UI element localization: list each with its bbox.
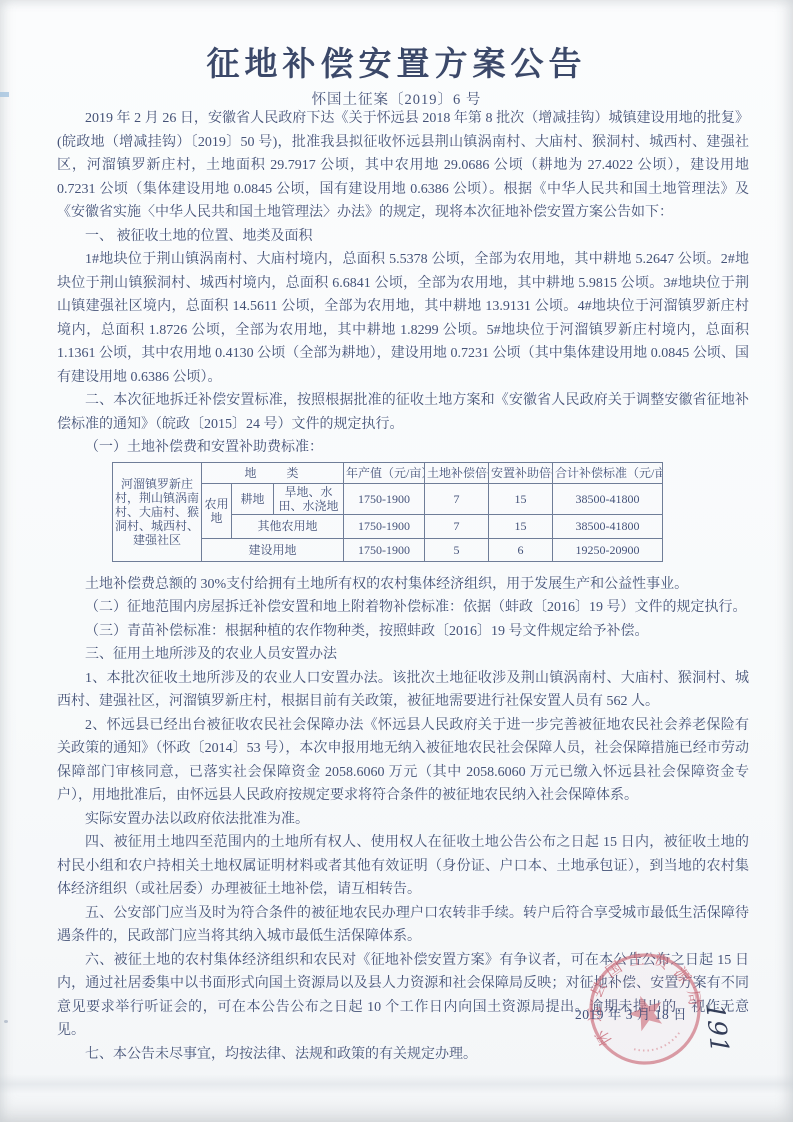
- handwritten-number: 191: [700, 1003, 734, 1053]
- intro-paragraph: 2019 年 2 月 26 日，安徽省人民政府下达《关于怀远县 2018 年第 …: [57, 107, 749, 225]
- cell-other-agri-total: 38500-41800: [553, 514, 663, 538]
- cell-construction-total: 19250-20900: [553, 538, 663, 561]
- col-header-land-multiple: 土地补偿倍数: [425, 462, 489, 483]
- cell-cultivated-resettle-multiple: 15: [489, 483, 553, 514]
- section-2-sub1-label: （一）土地补偿费和安置补助费标准：: [57, 436, 749, 460]
- scan-artifact-dash: [0, 92, 9, 97]
- label-other-agri: 其他农用地: [232, 514, 344, 538]
- compensation-table: 河溜镇罗新庄村，荆山镇涡南村、大庙村、猴洞村、城西村、建强社区 地 类 年产值（…: [112, 462, 663, 562]
- label-cultivated: 耕地: [232, 483, 274, 514]
- section-2-sub2: （二）征地范围内房屋拆迁补偿安置和地上附着物补偿标准：依据（蚌政〔2016〕19…: [57, 596, 749, 620]
- cell-construction-annual-value: 1750-1900: [344, 538, 425, 561]
- scan-artifact-dot: [4, 1020, 8, 1023]
- section-3-item2: 2、怀远县已经出台被征收农民社会保障办法《怀远县人民政府关于进一步完善被征地农民…: [57, 714, 749, 808]
- section-5: 五、公安部门应当及时为符合条件的被征地农民办理户口农转非手续。转户后符合享受城市…: [57, 902, 749, 949]
- cell-other-agri-land-multiple: 7: [425, 514, 489, 538]
- announcement-page: 征地补偿安置方案公告 怀国土征案〔2019〕6 号 2019 年 2 月 26 …: [0, 0, 793, 1122]
- section-1-heading: 一、 被征收土地的位置、地类及面积: [57, 225, 749, 249]
- section-4: 四、被征用土地四至范围内的土地所有权人、使用权人在征收土地公告公布之日起 15 …: [57, 831, 749, 902]
- col-header-total-standard: 合计补偿标准（元/亩）: [553, 462, 663, 483]
- cell-construction-land-multiple: 5: [425, 538, 489, 561]
- col-header-annual-value: 年产值（元/亩）: [344, 462, 425, 483]
- section-2-intro: 二、本次征地拆迁补偿安置标准，按照根据批准的征收土地方案和《安徽省人民政府关于调…: [57, 389, 749, 436]
- label-construction: 建设用地: [202, 538, 344, 561]
- cell-cultivated-annual-value: 1750-1900: [344, 483, 425, 514]
- label-agri-land: 农用地: [202, 483, 232, 538]
- col-header-land-class: 地 类: [202, 462, 344, 483]
- issue-date: 2019 年 3 月 18 日: [575, 1003, 687, 1023]
- col-header-resettle-multiple: 安置补助倍数: [489, 462, 553, 483]
- cell-cultivated-total: 38500-41800: [553, 483, 663, 514]
- cell-other-agri-annual-value: 1750-1900: [344, 514, 425, 538]
- cell-construction-resettle-multiple: 6: [489, 538, 553, 561]
- label-cultivated-types: 旱地、水田、水浇地: [274, 483, 344, 514]
- cell-other-agri-resettle-multiple: 15: [489, 514, 553, 538]
- section-1-body: 1#地块位于荆山镇涡南村、大庙村境内，总面积 5.5378 公顷，全部为农用地，…: [57, 248, 749, 389]
- after-table-note: 土地补偿费总额的 30%支付给拥有土地所有权的农村集体经济组织，用于发展生产和公…: [57, 573, 749, 597]
- page-title: 征地补偿安置方案公告: [0, 38, 793, 85]
- section-3-note: 实际安置办法以政府依法批准为准。: [57, 808, 749, 832]
- section-3-item1: 1、本批次征收土地所涉及的农业人口安置办法。该批次土地征收涉及荆山镇涡南村、大庙…: [57, 667, 749, 714]
- cell-cultivated-land-multiple: 7: [425, 483, 489, 514]
- section-2-sub3: （三）青苗补偿标准：根据种植的农作物种类，按照蚌政〔2016〕19 号文件规定给…: [57, 620, 749, 644]
- document-body: 2019 年 2 月 26 日，安徽省人民政府下达《关于怀远县 2018 年第 …: [57, 107, 749, 1066]
- table-region-cell: 河溜镇罗新庄村，荆山镇涡南村、大庙村、猴洞村、城西村、建强社区: [113, 462, 202, 561]
- doc-number: 怀国土征案〔2019〕6 号: [0, 88, 793, 109]
- scan-shadow-band: [0, 1074, 793, 1094]
- section-3-heading: 三、征用土地所涉及的农业人员安置办法: [57, 643, 749, 667]
